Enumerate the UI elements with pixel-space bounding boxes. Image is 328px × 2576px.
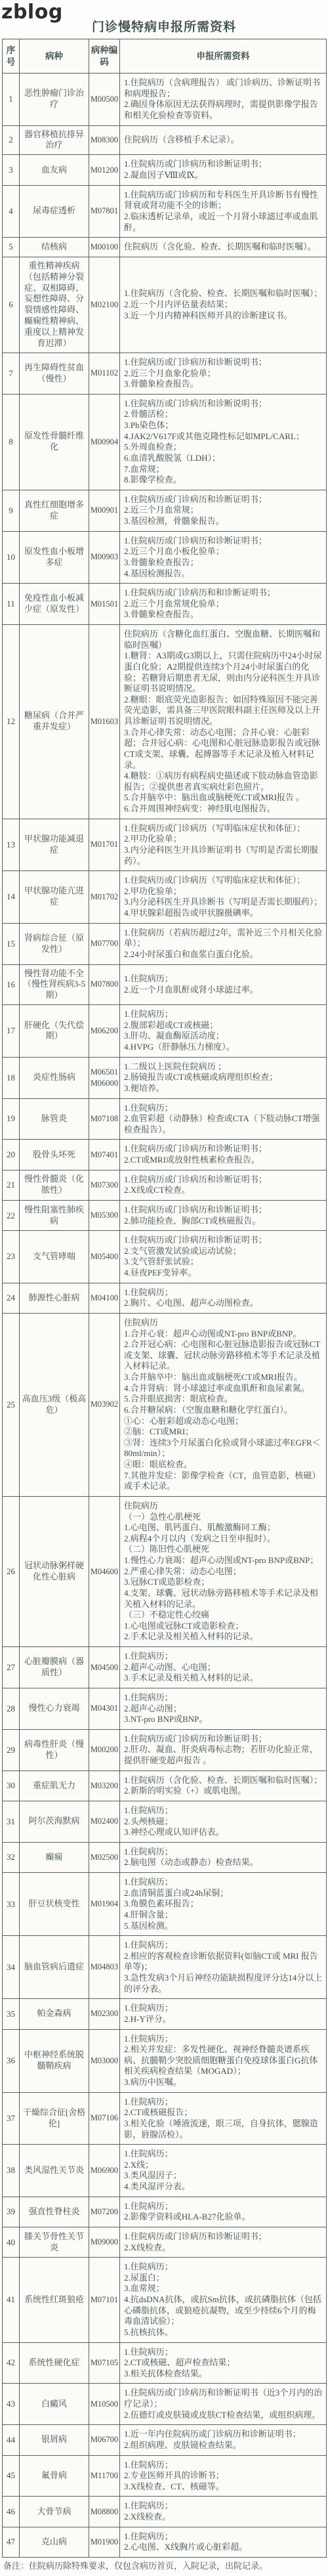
material-line: 1.住院病历；	[124, 974, 323, 985]
disease-name-cell: 原发性血小板增多症	[20, 531, 89, 584]
disease-code-cell: M07106	[89, 2092, 120, 2145]
disease-name-cell: 器官移植抗排异治疗	[20, 125, 89, 155]
row-number-cell: 41	[3, 2258, 20, 2342]
disease-name-cell: 恶性肿瘤门诊治疗	[20, 74, 89, 126]
material-line: 6.合并糖尿病：（空腹血糖和糖化学红蛋白）。	[124, 1405, 323, 1416]
material-line: 2.近一个月内评估量表结果；	[124, 299, 323, 311]
materials-cell: 1.住院病历；2.H-Y评分。	[120, 1999, 327, 2029]
table-row: 33肝豆状核变性M019041.住院病历；2.血清铜蓝蛋白或24h尿铜；3.角膜…	[3, 1873, 327, 1936]
material-line: 2.血管彩超（动静脉）检查或CTA（下肢动脉CT增强检查报告）。	[124, 1113, 323, 1135]
material-line: 1.住院病历或门诊病历和诊断说明书；	[124, 398, 323, 410]
table-header-row: 序号 病种 病种编码 申报所需资料	[3, 39, 327, 74]
disease-code-cell: M08300	[89, 125, 120, 155]
table-row: 18炎症性肠病M06501 M060001.二级以上医院住院病历 ；2.肠镜报告…	[3, 1057, 327, 1098]
material-line: 2.24小时尿蛋白和血浆白蛋白化验。	[124, 949, 323, 960]
material-line: 1.住院病历；	[124, 2003, 323, 2014]
disease-name-cell: 真性红细胞增多症	[20, 490, 89, 531]
table-row: 30重症肌无力M032001.住院病历（含化验、检查、长期医嘱和临时医嘱）；2.…	[3, 1771, 327, 1801]
table-row: 24肺源性心脏病M041001.住院病历；2.胸片、心电图、超声心动图检查。	[3, 1283, 327, 1313]
material-line: 2.X线检查。	[124, 2512, 323, 2523]
material-line: 4.类风湿评分表。	[124, 2181, 323, 2193]
material-line: 4.支架、球囊、冠状动脉旁路移植术等手术记录及相关植入材料的记录。	[124, 1588, 323, 1610]
disease-name-cell: 慢性骨髓炎（化脓性）	[20, 1170, 89, 1200]
material-line: 1.心电图、肌钙蛋白、肌酸激酶同工酶；	[124, 1522, 323, 1534]
disease-code-cell: M04500	[89, 1647, 120, 1688]
material-line: 住院病历	[124, 1318, 323, 1329]
disease-code-cell: M04301	[89, 1688, 120, 1729]
material-line: 8.影像学检查。	[124, 475, 323, 486]
row-number-cell: 22	[3, 1200, 20, 1230]
disease-code-cell: M06700	[89, 2425, 120, 2455]
materials-cell: 1.住院病历；2.血管彩超（动静脉）检查或CTA（下肢动脉CT增强检查报告）。	[120, 1098, 327, 1140]
materials-cell: 住院病历1.合并心衰：超声心动图或NT-pro BNP或BNP。2.合并冠心病：…	[120, 1313, 327, 1496]
table-row: 19脉管炎M071081.住院病历；2.血管彩超（动静脉）检查或CTA（下肢动脉…	[3, 1098, 327, 1140]
row-number-cell: 14	[3, 871, 20, 924]
material-line: 2.近三个月血象化验单；	[124, 368, 323, 379]
disease-name-cell: 股骨头坏死	[20, 1140, 89, 1170]
material-line: 1.住院病历；	[124, 1940, 323, 1951]
material-line: 7.血常规；	[124, 464, 323, 475]
material-line: 2.专业医师开具的诊断书；	[124, 2470, 323, 2481]
material-line: 2.支气管激发试验或运动试验；	[124, 1246, 323, 1257]
material-line: 1.住院病历或门诊病历和诊断证明书；	[124, 159, 323, 170]
material-line: 4.昼夜PEF变异率。	[124, 1268, 323, 1279]
row-number-cell: 3	[3, 155, 20, 185]
row-number-cell: 33	[3, 1873, 20, 1936]
material-line: 2.近三个月血小板化验单；	[124, 546, 323, 557]
material-line: 3.便培养。	[124, 1083, 323, 1094]
material-line: 1.住院病历或门诊病历和诊断证明书；	[124, 2231, 323, 2243]
disease-code-cell: M11700	[89, 2455, 120, 2497]
disease-code-cell: M00100	[89, 238, 120, 257]
material-line: 5.外周血检查；	[124, 442, 323, 453]
material-line: 住院病历（含糖化血红蛋白、空腹血糖、长期医嘱和临时医嘱）	[124, 629, 323, 651]
disease-code-cell: M04100	[89, 1283, 120, 1313]
disease-name-cell: 高血压3级（极高危）	[20, 1313, 89, 1496]
disease-code-cell: M02400	[89, 1801, 120, 1842]
material-line: 2.糖眼：眼底荧光造影报告；如因特殊原因不能完善荧光造影，需具备三甲医院眼科副主…	[124, 695, 323, 727]
table-row: 6重性精神疾病（包括精神分裂症、双相障碍、妄想性障碍、分裂情感性障碍、癫痫性精神…	[3, 257, 327, 353]
table-row: 21慢性骨髓炎（化脓性）M073001.住院病历或门诊病历和诊断证明书；2.X线…	[3, 1170, 327, 1200]
disease-name-cell: 慢性阻塞性肺疾病	[20, 1200, 89, 1230]
material-line: 4.JAK2/V617F或其他克隆性标记如MPL/CARL；	[124, 431, 323, 442]
materials-cell: 住院病历（含糖化血红蛋白、空腹血糖、长期医嘱和临时医嘱）1.糖肾：A3期或G3期…	[120, 625, 327, 819]
material-line: 2.尿蛋白；	[124, 2273, 323, 2284]
materials-cell: 1.住院病历或门诊病历（写明临床症状和体征）；2.甲功化验单；3.内分泌科医生开…	[120, 871, 327, 924]
materials-cell: 1.住院病历或门诊病历和诊断证明书；2.X线或CT检查。	[120, 1170, 327, 1200]
material-line: 2.CT或核磁、超声检查结果；	[124, 2357, 323, 2369]
row-number-cell: 9	[3, 490, 20, 531]
material-line: 1.住院病历或门诊病历和专科医生开具诊断书有慢性肾衰或肾功能不全的诊断；	[124, 190, 323, 211]
material-line: 住院病历（含移植手术记录）。	[124, 135, 323, 146]
material-line: 3.手术记录及相关植入材料的记录。	[124, 1673, 323, 1684]
materials-cell: 1.住院病历或门诊病历和诊断证明书；2.凝血因子Ⅷ或Ⅸ。	[120, 155, 327, 185]
material-line: ②脑：CT或MRI；	[124, 1427, 323, 1438]
materials-cell: 1.住院病历或门诊病历和诊断证明书；2.支气管激发试验或运动试验；3.支气管舒张…	[120, 1231, 327, 1283]
material-line: 1.近一年内住院病历或门诊病历和诊断证明书；	[124, 2429, 323, 2440]
table-row: 47克山病M019001.住院病历；2.心电图、X线胸片或心脏彩超。	[3, 2527, 327, 2557]
disease-name-cell: 重症肌无力	[20, 1771, 89, 1801]
disease-code-cell: M01603	[89, 625, 120, 819]
row-number-cell: 46	[3, 2497, 20, 2527]
material-line: 3.支气管舒张试验；	[124, 1256, 323, 1268]
table-row: 5结核病M00100住院病历（含化验、检查、长期医嘱和临时医嘱）。	[3, 238, 327, 257]
disease-code-cell: M06501 M06000	[89, 1057, 120, 1098]
row-number-cell: 27	[3, 1647, 20, 1688]
material-line: 6.血清乳酸脱氢（LDH）；	[124, 453, 323, 464]
material-line: 1.住院病历；	[124, 2201, 323, 2212]
row-number-cell: 26	[3, 1496, 20, 1646]
materials-cell: 1.住院病历（含化验、检查、长期医嘱和临时医嘱）；2.近一个月内评估量表结果；3…	[120, 257, 327, 353]
disease-name-cell: 冠状动脉粥样硬化性心脏病	[20, 1496, 89, 1646]
material-line: 4.抗dsDNA抗体，或抗Sm抗体，或抗磷脂抗体（包括心磷脂抗体，或狼疮抗凝物，…	[124, 2294, 323, 2327]
material-line: 2.肠镜报告或CT或核磁或病理组织检查；	[124, 1072, 323, 1083]
material-line: 3.NT-pro BNP或BNP。	[124, 1714, 323, 1725]
material-line: 2.CT或MRI或放射性核素检查报告。	[124, 1155, 323, 1166]
row-number-cell: 29	[3, 1729, 20, 1771]
disease-code-cell: M06200	[89, 1005, 120, 1058]
disease-name-cell: 阿尔茨海默病	[20, 1801, 89, 1842]
material-line: 1.住院病历；	[124, 1877, 323, 1888]
material-line: 3.相关抗体检查结果。	[124, 2369, 323, 2380]
material-line: 住院病历（含化验、检查、长期医嘱和临时医嘱）。	[124, 242, 323, 253]
disease-code-cell: M07105	[89, 2342, 120, 2384]
row-number-cell: 2	[3, 125, 20, 155]
material-line: 1.住院病历或门诊病历和诊断说明书；	[124, 357, 323, 368]
material-line: 2.脑电图（动态或静态）检查结果。	[124, 1857, 323, 1868]
disease-code-cell: M01701	[89, 819, 120, 871]
row-number-cell: 23	[3, 1231, 20, 1283]
table-row: 36中枢神经系统脱髓鞘疾病M030001.住院病历；2.相关并发症：多发性硬化、…	[3, 2029, 327, 2092]
material-line: 1.住院病历；	[124, 2531, 323, 2543]
materials-cell: 1.住院病历或门诊病历和诊断证明书；2.肝功、凝血、肝炎病毒标志物；若肝功化验正…	[120, 1729, 327, 1771]
material-line: 1.住院病历或门诊病历和诊断证明书；	[124, 1174, 323, 1186]
materials-cell: 1.住院病历；2.尿蛋白；3.血常规；4.抗dsDNA抗体，或抗Sm抗体，或抗磷…	[120, 2258, 327, 2342]
disease-name-cell: 糖尿病（合并严重并发症）	[20, 625, 89, 819]
material-line: 2.病程4个月以内（发病之日至申报时）。	[124, 1534, 323, 1545]
disease-code-cell: M03200	[89, 1771, 120, 1801]
material-line: 2.近一个月血肌酐或肾小球滤过率。	[124, 985, 323, 996]
materials-cell: 1.住院病历或门诊病历和诊断说明书；2.近三个月血象化验单；3.骨髓象检查报告。	[120, 353, 327, 394]
row-number-cell: 38	[3, 2145, 20, 2197]
material-line: 3.X线检查、CT、核磁等。	[124, 2481, 323, 2493]
material-line: 2.甲功化验单；	[124, 886, 323, 897]
material-line: 3.病历中医嘱。	[124, 2077, 323, 2088]
materials-cell: 1.住院病历；2.脑电图（动态或静态）检查结果。	[120, 1842, 327, 1872]
material-line: 2.超声心动图；	[124, 1704, 323, 1715]
table-row: 2器官移植抗排异治疗M08300住院病历（含移植手术记录）。	[3, 125, 327, 155]
materials-cell: 1.住院病历（含化验、检查、长期医嘱和临时医嘱）；2.新斯的明实验（+）或肌电图…	[120, 1771, 327, 1801]
row-number-cell: 40	[3, 2227, 20, 2257]
material-line: 5.合并眼底损害：眼底检查。	[124, 1394, 323, 1405]
table-row: 31阿尔茨海默病M024001.住院病历；2.头颅核磁；3.神经心理或认知评估表…	[3, 1801, 327, 1842]
materials-cell: 1.住院病历；2.近一个月血肌酐或肾小球滤过率。	[120, 964, 327, 1005]
materials-cell: 1.住院病历；2.相关并发症：多发性硬化、视神经脊髓炎谱系疾病、抗髓鞘少突胶质细…	[120, 2029, 327, 2092]
row-number-cell: 34	[3, 1936, 20, 1999]
disease-code-cell: M06900	[89, 2145, 120, 2197]
material-line: 4.基因检测报告。	[124, 569, 323, 580]
disease-materials-table: 序号 病种 病种编码 申报所需资料 1恶性肿瘤门诊治疗M005001.住院病历（…	[2, 39, 327, 2558]
materials-cell: 住院病历（一）急性心肌梗死1.心电图、肌钙蛋白、肌酸激酶同工酶；2.病程4个月以…	[120, 1496, 327, 1646]
material-line: 1.住院病历；	[124, 1651, 323, 1662]
material-line: 3.角膜色素环报告；	[124, 1899, 323, 1910]
table-row: 14甲状腺功能亢进症M017021.住院病历或门诊病历（写明临床症状和体征）；2…	[3, 871, 327, 924]
material-line: 1.住院病历或门诊病历和诊断证明书；	[124, 1235, 323, 1246]
material-line: 1.住院病历；	[124, 2149, 323, 2160]
row-number-cell: 19	[3, 1098, 20, 1140]
material-line: （二）陈旧性心肌梗死	[124, 1544, 323, 1555]
table-row: 43白癜风M105001.住院病历或门诊病历和诊断证明书（近3个月内的治疗记录）…	[3, 2384, 327, 2425]
table-row: 23支气管哮喘M054001.住院病历或门诊病历和诊断证明书；2.支气管激发试验…	[3, 1231, 327, 1283]
table-row: 15肾病综合征（原发性）M077001.住院病历（若病历超过2年，需补近三个月相…	[3, 923, 327, 964]
material-line: 4.HVPG（肝静脉压力梯度）。	[124, 1042, 323, 1053]
material-line: 2.X线或CT检查。	[124, 1185, 323, 1196]
row-number-cell: 39	[3, 2197, 20, 2227]
material-line: 1.住院病历或门诊病历和诊断证明书；	[124, 1734, 323, 1745]
material-line: 1.住院病历；	[124, 2034, 323, 2045]
material-line: 1.住院病历；	[124, 1805, 323, 1816]
table-row: 1恶性肿瘤门诊治疗M005001.住院病历（含病理报告） 或门诊病历、诊断证明书…	[3, 74, 327, 126]
materials-cell: 1.住院病历或门诊病历和诊断证明书；2.X线检查。	[120, 2227, 327, 2257]
disease-code-cell: M10500	[89, 2384, 120, 2425]
table-row: 8原发性骨髓纤维化M009041.住院病历或门诊病历和诊断说明书；2.骨髓活检；…	[3, 394, 327, 490]
table-row: 20股骨头坏死M074011.住院病历或门诊病历和诊断证明书；2.CT或MRI或…	[3, 1140, 327, 1170]
materials-cell: 1.近一年内住院病历或门诊病历和诊断证明书；2.组织病理、皮肤镜检查结果。	[120, 2425, 327, 2455]
table-row: 38类风湿性关节炎M069001.住院病历；2.X线；3.类风湿因子；4.类风湿…	[3, 2145, 327, 2197]
materials-cell: 住院病历（含化验、检查、长期医嘱和临时医嘱）。	[120, 238, 327, 257]
disease-name-cell: 克山病	[20, 2527, 89, 2557]
table-row: 40膝关节骨性关节炎M090001.住院病历或门诊病历和诊断证明书；2.X线检查…	[3, 2227, 327, 2257]
row-number-cell: 16	[3, 964, 20, 1005]
row-number-cell: 12	[3, 625, 20, 819]
material-line: 7.其他并发症：影像学检查（CT，血管造影，核磁）或手术记录。	[124, 1470, 323, 1492]
materials-cell: 1.住院病历；2.超声心动图、心电图；3.手术记录及相关植入材料的记录。	[120, 1647, 327, 1688]
row-number-cell: 6	[3, 257, 20, 353]
disease-code-cell: M09000	[89, 2227, 120, 2257]
row-number-cell: 30	[3, 1771, 20, 1801]
material-line: 3.内分泌科医生开具诊断证明书（写明是否需长期服药）。	[124, 845, 323, 867]
table-row: 27心脏瓣膜病（器质性）M045001.住院病历；2.超声心动图、心电图；3.手…	[3, 1647, 327, 1688]
materials-cell: 1.住院病历；2.X线检查。	[120, 2497, 327, 2527]
material-line: 3.冠脉CT或造影检查；	[124, 1577, 323, 1588]
material-line: 2.腹部彩超或CT或核磁；	[124, 1020, 323, 1031]
material-line: 2.胸片、心电图、超声心动图检查。	[124, 1298, 323, 1309]
row-number-cell: 25	[3, 1313, 20, 1496]
material-line: 1.住院病历或门诊病历和诊断证明书；	[124, 494, 323, 505]
material-line: 2.确因身体原因无法获得病理时，需提供影像学报告和相关化验检查等资料。	[124, 99, 323, 121]
watermark-zblog: zblog	[1, 1, 63, 23]
disease-name-cell: 氟骨病	[20, 2455, 89, 2497]
material-line: 2.凝血因子Ⅷ或Ⅸ。	[124, 170, 323, 181]
table-row: 25高血压3级（极高危）M03902住院病历1.合并心衰：超声心动图或NT-pr…	[3, 1313, 327, 1496]
material-line: 1.合并心衰：超声心动图或NT-pro BNP或BNP。	[124, 1329, 323, 1340]
disease-name-cell: 癫痫	[20, 1842, 89, 1872]
material-line: 3.Ph染色体；	[124, 420, 323, 431]
disease-code-cell: M07101	[89, 2258, 120, 2342]
row-number-cell: 13	[3, 819, 20, 871]
material-line: 3.骨髓象检查报告；	[124, 557, 323, 569]
disease-name-cell: 心脏瓣膜病（器质性）	[20, 1647, 89, 1688]
materials-cell: 1.住院病历或门诊病历和诊断证明书；2.近三个月血常规；3.基因检测，骨髓象报告…	[120, 490, 327, 531]
material-line: 3.合并脑卒中：脑出血或脑梗死CT或MRI报告。	[124, 1372, 323, 1383]
material-line: 2.超声心动图、心电图；	[124, 1662, 323, 1673]
disease-name-cell: 免疫性血小板减少症（原发性）	[20, 584, 89, 625]
material-line: 2.X线；	[124, 2160, 323, 2171]
row-number-cell: 7	[3, 353, 20, 394]
disease-name-cell: 干燥综合征[舍格伦]	[20, 2092, 89, 2145]
material-line: 3.基因检测，骨髓象报告。	[124, 516, 323, 527]
material-line: 3.急性发病3个月后神经功能缺损程度评分达14分以上的评分表。	[124, 1973, 323, 1994]
material-line: 1.住院病历（若病历超过2年，需补近三个月相关化验单）；	[124, 928, 323, 949]
material-line: 2.相应的客观检查诊断依据资料(如脑CT或 MRI 报告单等)；	[124, 1951, 323, 1973]
disease-name-cell: 脑血管病后遗症	[20, 1936, 89, 1999]
materials-cell: 1.住院病历（含病理报告） 或门诊病历、诊断证明书和病理报告；2.确因身体原因无…	[120, 74, 327, 126]
column-header-code: 病种编码	[89, 39, 120, 74]
material-line: 1.住院病历（含病理报告） 或门诊病历、诊断证明书和病理报告；	[124, 77, 323, 99]
disease-table-body: 1恶性肿瘤门诊治疗M005001.住院病历（含病理报告） 或门诊病历、诊断证明书…	[3, 74, 327, 2558]
material-line: （一）急性心肌梗死	[124, 1512, 323, 1523]
disease-code-cell: M01200	[89, 155, 120, 185]
materials-cell: 1.住院病历；2.CT或核磁报告；3.相关化验（唾液流速，眼三项，自身抗体，腮腺…	[120, 2092, 327, 2145]
table-row: 12糖尿病（合并严重并发症）M01603住院病历（含糖化血红蛋白、空腹血糖、长期…	[3, 625, 327, 819]
disease-name-cell: 重性精神疾病（包括精神分裂症、双相障碍、妄想性障碍、分裂情感性障碍、癫痫性精神病…	[20, 257, 89, 353]
disease-code-cell: M00200	[89, 1729, 120, 1771]
row-number-cell: 32	[3, 1842, 20, 1872]
materials-cell: 1.住院病历；2.X线；3.类风湿因子；4.类风湿评分表。	[120, 2145, 327, 2197]
material-line: 2.影像学资料或HLA-B27化验单。	[124, 2212, 323, 2223]
table-row: 3血友病M012001.住院病历或门诊病历和诊断证明书；2.凝血因子Ⅷ或Ⅸ。	[3, 155, 327, 185]
disease-name-cell: 尿毒症透析	[20, 185, 89, 238]
materials-cell: 1.住院病历；2.头颅核磁；3.神经心理或认知评估表。	[120, 1801, 327, 1842]
material-line: 3.骨髓象检查报告。	[124, 609, 323, 620]
disease-name-cell: 肺源性心脏病	[20, 1283, 89, 1313]
material-line: 3.神经心理或认知评估表。	[124, 1827, 323, 1838]
material-line: ①心：心脏彩超或动态心电图；	[124, 1416, 323, 1427]
row-number-cell: 11	[3, 584, 20, 625]
disease-code-cell: M08800	[89, 2497, 120, 2527]
row-number-cell: 44	[3, 2425, 20, 2455]
disease-name-cell: 膝关节骨性关节炎	[20, 2227, 89, 2257]
material-line: 2.肝功、凝血、肝炎病毒标志物；若肝功化验正常，提供肝硬变超声报告 。	[124, 1744, 323, 1766]
row-number-cell: 15	[3, 923, 20, 964]
material-line: 4.甲状腺彩超报告或甲状腺摄碘率。	[124, 908, 323, 919]
table-row: 39强直性脊柱炎M072001.住院病历；2.影像学资料或HLA-B27化验单。	[3, 2197, 327, 2227]
disease-code-cell: M01702	[89, 871, 120, 924]
materials-cell: 1.住院病历；2.超声心动图；3.NT-pro BNP或BNP。	[120, 1688, 327, 1729]
disease-name-cell: 支气管哮喘	[20, 1231, 89, 1283]
table-row: 10原发性血小板增多症M009031.住院病历或门诊病历和诊断证明书；2.近三个…	[3, 531, 327, 584]
materials-cell: 住院病历（含移植手术记录）。	[120, 125, 327, 155]
disease-code-cell: M07200	[89, 2197, 120, 2227]
disease-name-cell: 中枢神经系统脱髓鞘疾病	[20, 2029, 89, 2092]
disease-name-cell: 脉管炎	[20, 1098, 89, 1140]
material-line: 2.合并冠心病：心电图和心脏冠脉造影报告或冠脉CT或支架、球囊、冠状动脉旁路移植…	[124, 1339, 323, 1372]
material-line: 2.H-Y评分。	[124, 2014, 323, 2025]
disease-code-cell: M07401	[89, 1140, 120, 1170]
material-line: 1.住院病历；	[124, 1692, 323, 1704]
table-row: 46大骨节病M088001.住院病历；2.X线检查。	[3, 2497, 327, 2527]
disease-name-cell: 血友病	[20, 155, 89, 185]
row-number-cell: 43	[3, 2384, 20, 2425]
table-row: 26冠状动脉粥样硬化性心脏病M04600住院病历（一）急性心肌梗死1.心电图、肌…	[3, 1496, 327, 1646]
materials-cell: 1.住院病历；2.腹部彩超或CT或核磁；3.肝功、凝血酶原活动度；4.HVPG（…	[120, 1005, 327, 1058]
materials-cell: 1.住院病历；2.CT或核磁、超声检查结果；3.相关抗体检查结果。	[120, 2342, 327, 2384]
material-line: 1.住院病历或门诊病历（写明临床症状和体征）；	[124, 823, 323, 834]
row-number-cell: 28	[3, 1688, 20, 1729]
materials-cell: 1.住院病历或门诊病历和诊断证明书（近3个月内的治疗记录）；2.伍德灯或皮肤镜或…	[120, 2384, 327, 2425]
material-line: 2.相关并发症：多发性硬化、视神经脊髓炎谱系疾病、抗髓鞘少突胶质细胞糖蛋白免疫球…	[124, 2044, 323, 2077]
material-line: 1.住院病历或门诊病历和诊断证明书；	[124, 1205, 323, 1216]
disease-code-cell: M07800	[89, 964, 120, 1005]
materials-cell: 1.住院病历或门诊病历和诊断证明书；2.肺功能检查、胸部CT或核磁报告。	[120, 1200, 327, 1230]
material-line: 4.糖肢：①病历有病程病史描述或下肢动脉血管造影报告；②提供患者真实病灶彩色照片…	[124, 771, 323, 792]
row-number-cell: 42	[3, 2342, 20, 2384]
row-number-cell: 21	[3, 1170, 20, 1200]
material-line: 2.CT或核磁报告；	[124, 2107, 323, 2118]
column-header-serial: 序号	[3, 39, 20, 74]
material-line: 2.组织病理、皮肤镜检查结果。	[124, 2440, 323, 2451]
material-line: 1.住院病历或门诊病历和诊断证明书（近3个月内的治疗记录）；	[124, 2388, 323, 2409]
materials-cell: 1.住院病历或门诊病历和诊断证明书；2.近三个月血小板化验单；3.骨髓象检查报告…	[120, 531, 327, 584]
material-line: 1.心电图或冠脉CT或造影检查；	[124, 1621, 323, 1632]
material-line: 2.严重心律失常：动态心电图；	[124, 1566, 323, 1578]
material-line: 1.住院病历或门诊病历和诊断证明书；	[124, 1144, 323, 1155]
table-row: 28慢性心力衰竭M043011.住院病历；2.超声心动图；3.NT-pro BN…	[3, 1688, 327, 1729]
disease-code-cell: M01904	[89, 1873, 120, 1936]
row-number-cell: 1	[3, 74, 20, 126]
disease-code-cell: M04803	[89, 1936, 120, 1999]
disease-name-cell: 病毒性肝炎（慢性）	[20, 1729, 89, 1771]
column-header-disease: 病种	[20, 39, 89, 74]
material-line: 2.甲功化验单；	[124, 834, 323, 845]
row-number-cell: 5	[3, 238, 20, 257]
materials-cell: 1.住院病历；2.胸片、心电图、超声心动图检查。	[120, 1283, 327, 1313]
disease-name-cell: 甲状腺功能减退症	[20, 819, 89, 871]
material-line: 1.慢性心力衰竭：超声心动图或NT-pro BNP或BNP；	[124, 1555, 323, 1566]
table-row: 22慢性阻塞性肺疾病M053001.住院病历或门诊病历和诊断证明书；2.肺功能检…	[3, 1200, 327, 1230]
material-line: 2.近三个月血常规；	[124, 505, 323, 516]
table-row: 32癫痫M025001.住院病历；2.脑电图（动态或静态）检查结果。	[3, 1842, 327, 1872]
disease-name-cell: 系统性硬化症	[20, 2342, 89, 2384]
material-line: 1.住院病历或门诊病历和诊断证明书；	[124, 536, 323, 547]
disease-name-cell: 慢性肾功能不全（慢性肾疾病3-5期）	[20, 964, 89, 1005]
row-number-cell: 47	[3, 2527, 20, 2557]
row-number-cell: 35	[3, 1999, 20, 2029]
disease-name-cell: 强直性脊柱炎	[20, 2197, 89, 2227]
material-line: 1.住院病历（含化验、检查、长期医嘱和临时医嘱）；	[124, 1775, 323, 1786]
table-row: 9真性红细胞增多症M009011.住院病历或门诊病历和诊断证明书；2.近三个月血…	[3, 490, 327, 531]
material-line: 1.住院病历；	[124, 1009, 323, 1020]
disease-code-cell: M03902	[89, 1313, 120, 1496]
material-line: 3.骨髓象检查报告。	[124, 379, 323, 390]
disease-code-cell: M02300	[89, 1999, 120, 2029]
material-line: 2.骨髓活检；	[124, 409, 323, 420]
table-row: 29病毒性肝炎（慢性）M002001.住院病历或门诊病历和诊断证明书；2.肝功、…	[3, 1729, 327, 1771]
disease-name-cell: 银屑病	[20, 2425, 89, 2455]
materials-cell: 1.住院病历或门诊病历和和诊断证明书；2.近三个月血常规化验单；3.骨髓象检查报…	[120, 584, 327, 625]
table-row: 37干燥综合征[舍格伦]M071061.住院病历；2.CT或核磁报告；3.相关化…	[3, 2092, 327, 2145]
disease-code-cell: M01102	[89, 353, 120, 394]
disease-code-cell: M00500	[89, 74, 120, 126]
disease-code-cell: M00901	[89, 490, 120, 531]
disease-code-cell: M03000	[89, 2029, 120, 2092]
material-line: 3.合并心律失常：动态心电图；合并心衰：心脏彩超；合并冠心病：心电图和心脏冠脉造…	[124, 727, 323, 771]
disease-code-cell: M01501	[89, 584, 120, 625]
disease-name-cell: 肝硬化（失代偿期）	[20, 1005, 89, 1058]
disease-name-cell: 白癜风	[20, 2384, 89, 2425]
material-line: 4.合并肾病：肾小球滤过率或血肌酐和血尿素氮。	[124, 1383, 323, 1394]
material-line: 4.肝铜含量；	[124, 1910, 323, 1921]
